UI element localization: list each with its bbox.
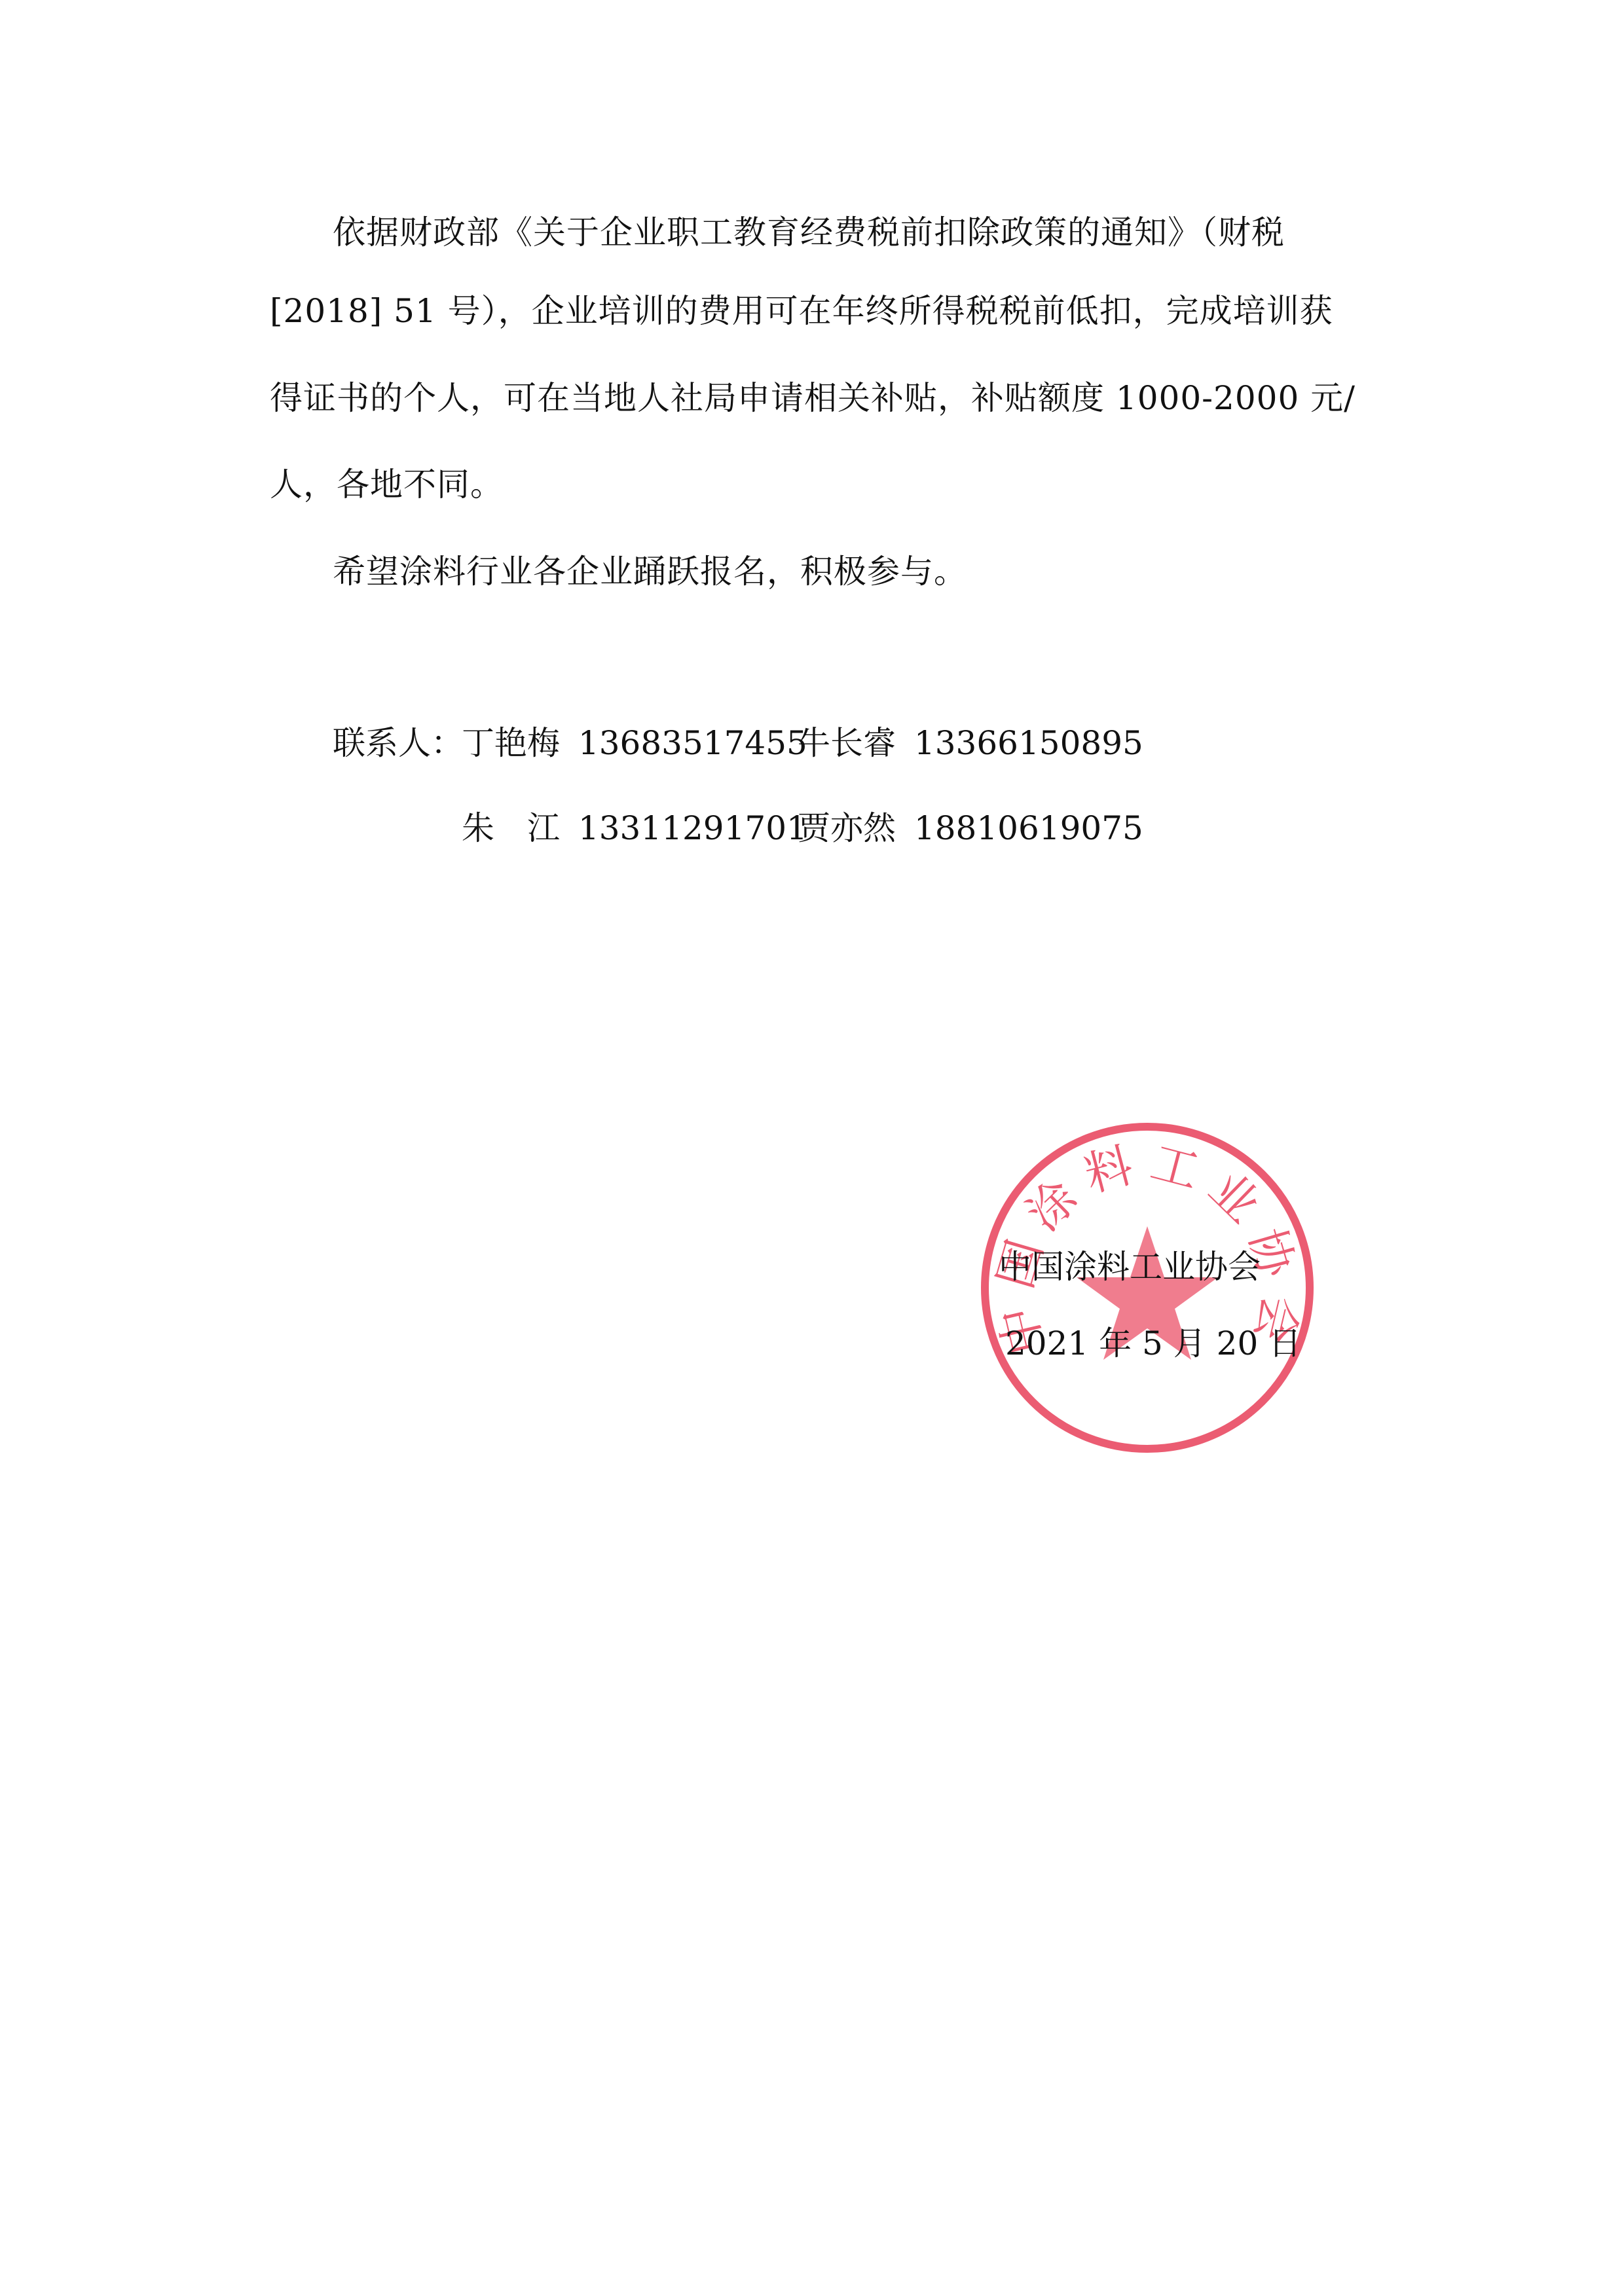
contact-item: 朱 江 13311291701 (462, 809, 807, 848)
contact-phone: 18810619075 (914, 809, 1143, 848)
contact-phone: 13683517455 (578, 723, 807, 763)
paragraph2: 希望涂料行业各企业踊跃报名，积极参与。 (333, 552, 967, 591)
signature-date: 2021 年 5 月 20 日 (1005, 1324, 1301, 1363)
paragraph1-line4: 人，各地不同。 (270, 465, 504, 504)
contact-phone: 13366150895 (914, 723, 1143, 763)
paragraph1-line3: 得证书的个人，可在当地人社局申请相关补贴，补贴额度 1000-2000 元/ (270, 378, 1356, 418)
contact-name: 牛长睿 (798, 723, 896, 763)
contact-label: 联系人： (333, 723, 464, 763)
signature-organization: 中国涂料工业协会 (999, 1247, 1261, 1286)
contact-name: 朱 江 (462, 809, 560, 848)
contact-item: 牛长睿 13366150895 (798, 723, 1143, 763)
paragraph1-line1: 依据财政部《关于企业职工教育经费税前扣除政策的通知》（财税 (333, 213, 1285, 252)
contact-phone: 13311291701 (578, 809, 807, 848)
contact-name: 丁艳梅 (462, 723, 560, 763)
document-page: 依据财政部《关于企业职工教育经费税前扣除政策的通知》（财税 [2018] 51 … (0, 0, 1624, 2296)
contact-name: 贾亦然 (798, 809, 896, 848)
official-seal: 中国涂料工业协会 (979, 1121, 1316, 1454)
contact-item: 贾亦然 18810619075 (798, 809, 1143, 848)
contact-item: 丁艳梅 13683517455 (462, 723, 807, 763)
paragraph1-line2: [2018] 51 号），企业培训的费用可在年终所得税税前低扣，完成培训获 (270, 291, 1333, 331)
